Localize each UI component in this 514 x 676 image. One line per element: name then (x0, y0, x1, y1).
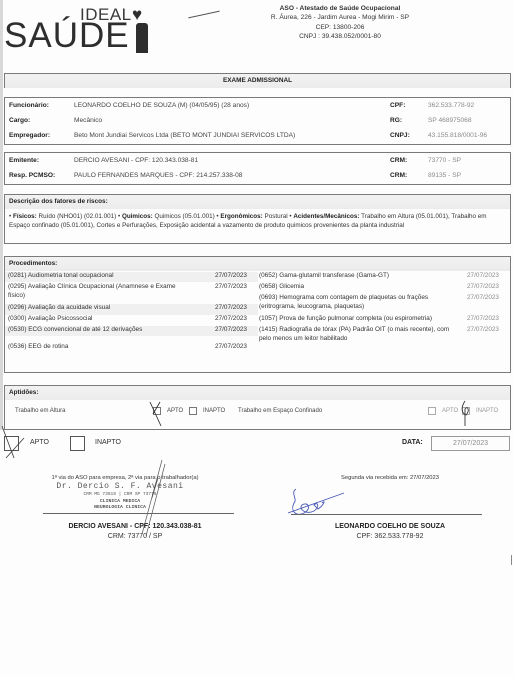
confinado-inapto-check-mark (458, 399, 472, 427)
doctor-crm: CRM: 73770 / SP (20, 533, 250, 540)
scan-edge (0, 0, 3, 430)
result-inapto-label: INAPTO (95, 439, 121, 446)
confinado-inapto-label: INAPTO (476, 408, 498, 414)
stamp-name: Dr. Dercio S. F. Avesani (50, 482, 190, 491)
doctor-signature-line (43, 513, 234, 514)
crm-emitente-value: 73770 - SP (428, 156, 461, 165)
aptitude-altura-label: Trabalho em Altura (15, 408, 65, 414)
company-address: R. Áurea, 226 - Jardim Aurea - Mogi Miri… (240, 13, 440, 22)
procedure-item: (1415) Radiografia de tórax (PA) Padrão … (259, 326, 459, 343)
crm-pcmso-value: 89135 - SP (428, 171, 461, 180)
crm-pcmso-label: CRM: (390, 171, 407, 180)
aptitudes-box: Aptidões: Trabalho em Altura APTO INAPTO… (4, 385, 511, 430)
cpf-label: CPF: (390, 101, 405, 110)
procedure-date: 27/07/2023 (215, 326, 247, 335)
procedure-item: (1057) Prova de função pulmonar completa… (259, 315, 459, 324)
quimicos-label: Quimicos: (122, 213, 153, 220)
rg-label: RG: (390, 116, 402, 125)
scan-edge-right (511, 555, 512, 565)
altura-inapto-checkbox[interactable] (189, 407, 197, 415)
risks-box: Descrição dos fatores de riscos: • Físic… (4, 194, 511, 244)
worker-cpf: CPF: 362.533.778-92 (290, 533, 490, 540)
person-bar-icon (136, 23, 148, 53)
stamp-line1: CLINICA MEDICA (50, 499, 190, 504)
ergonomicos-value: Postural (265, 213, 288, 220)
worker-signature-line (291, 514, 482, 515)
cnpj-value: 43.155.818/0001-96 (428, 131, 487, 140)
pcmso-label: Resp. PCMSO: (9, 171, 55, 180)
procedures-title: Procedimentos: (5, 257, 510, 271)
fisicos-label: Físicos: (13, 213, 37, 220)
procedure-date: 27/07/2023 (215, 315, 247, 324)
ergonomicos-label: Ergonômicos: (220, 213, 262, 220)
funcionario-label: Funcionário: (9, 101, 49, 110)
procedure-item: (0658) Glicemia (259, 283, 459, 292)
rg-value: SP 468975068 (428, 116, 472, 125)
cpf-value: 362.533.778-92 (428, 101, 474, 110)
logo-saude-text: SAÚDE (4, 18, 130, 53)
procedure-item: (0281) Audiometria tonal ocupacional (8, 272, 193, 281)
worker-name: LEONARDO COELHO DE SOUZA (290, 523, 490, 530)
company-cnpj: CNPJ : 39.438.052/0001-80 (240, 32, 440, 41)
acidentes-label: Acidentes/Mecânicos: (293, 213, 359, 220)
employee-box: Funcionário: LEONARDO COELHO DE SOUZA (M… (4, 97, 511, 145)
altura-apto-check-mark (148, 400, 164, 428)
procedure-item: (0300) Avaliação Psicossocial (8, 315, 193, 324)
procedure-item: (0536) EEG de rotina (8, 343, 193, 352)
second-via-received: Segunda via recebida em: 27/07/2023 (290, 475, 490, 481)
risks-title: Descrição dos fatores de riscos: (5, 195, 510, 209)
doctor-name: DERCIO AVESANI - CPF: 120.343.038-81 (20, 523, 250, 530)
procedure-date: 27/07/2023 (215, 272, 247, 281)
cargo-value: Mecânico (74, 116, 102, 125)
cnpj-label: CNPJ: (390, 131, 410, 140)
empregador-label: Empregador: (9, 131, 50, 140)
procedure-item: (0530) ECG convencional de até 12 deriva… (8, 326, 193, 335)
quimicos-value: Quimicos (05.01.001) (154, 213, 214, 220)
exam-type-box: EXAME ADMISSIONAL (4, 73, 511, 88)
company-info: ASO - Atestado de Saúde Ocupacional R. Á… (240, 4, 440, 41)
procedure-item: (0296) Avaliação da acuidade visual (8, 304, 193, 313)
crm-emitente-label: CRM: (390, 156, 407, 165)
procedure-date: 27/07/2023 (215, 343, 247, 352)
funcionario-value: LEONARDO COELHO DE SOUZA (M) (04/05/95) … (74, 101, 249, 110)
procedure-item: (0295) Avaliação Clínica Ocupacional (An… (8, 283, 193, 300)
confinado-apto-label: APTO (442, 408, 458, 414)
procedure-date: 27/07/2023 (215, 283, 247, 292)
confinado-apto-checkbox[interactable] (428, 407, 436, 415)
procedures-box: Procedimentos: (0281) Audiometria tonal … (4, 256, 511, 373)
procedure-date: 27/07/2023 (215, 304, 247, 313)
aptitude-confinado-label: Trabalho em Espaço Confinado (238, 408, 322, 414)
fisicos-value: Ruído (NHO01) (02.01.001) (39, 213, 117, 220)
procedure-item: (0652) Gama-glutamil transferase (Gama-G… (259, 272, 459, 281)
procedure-date: 27/07/2023 (467, 272, 499, 281)
procedure-item: (0693) Hemograma com contagem de plaquet… (259, 294, 459, 311)
stamp-crm: CRM MG 73619 | CRM SP 73770 (50, 492, 190, 497)
altura-apto-label: APTO (167, 408, 183, 414)
aptitudes-title: Aptidões: (5, 386, 510, 400)
date-label: DATA: (402, 439, 423, 446)
procedure-date: 27/07/2023 (467, 283, 499, 292)
empregador-value: Beto Mont Jundiai Servicos Ltda (BETO MO… (74, 131, 295, 140)
altura-inapto-label: INAPTO (203, 408, 225, 414)
heart-icon: ♥ (132, 6, 142, 23)
stamp-line2: NEUROLOGIA CLINICA (50, 505, 190, 510)
pen-stroke-mark (188, 11, 220, 19)
procedure-date: 27/07/2023 (467, 326, 499, 335)
issuer-box: Emitente: DERCIO AVESANI - CPF: 120.343.… (4, 152, 511, 185)
procedure-date: 27/07/2023 (467, 294, 499, 303)
via-note: 1ª via do ASO para empresa, 2ª via para … (20, 475, 230, 481)
emitente-label: Emitente: (9, 156, 39, 165)
company-cep: CEP: 13800-206 (240, 23, 440, 32)
result-apto-label: APTO (30, 439, 49, 446)
procedure-date: 27/07/2023 (467, 315, 499, 324)
ideal-saude-logo: IDEAL ♥ SAÚDE (4, 3, 154, 58)
date-field: 27/07/2023 (431, 436, 510, 451)
exam-type: EXAME ADMISSIONAL (5, 74, 510, 88)
document-title: ASO - Atestado de Saúde Ocupacional (240, 4, 440, 13)
result-apto-check-mark (0, 424, 28, 460)
pcmso-value: PAULO FERNANDES MARQUES - CPF: 214.257.3… (74, 171, 242, 180)
result-inapto-checkbox[interactable] (70, 436, 85, 451)
emitente-value: DERCIO AVESANI - CPF: 120.343.038-81 (74, 156, 198, 165)
risks-description: • Físicos: Ruído (NHO01) (02.01.001) • Q… (5, 209, 510, 234)
cargo-label: Cargo: (9, 116, 30, 125)
